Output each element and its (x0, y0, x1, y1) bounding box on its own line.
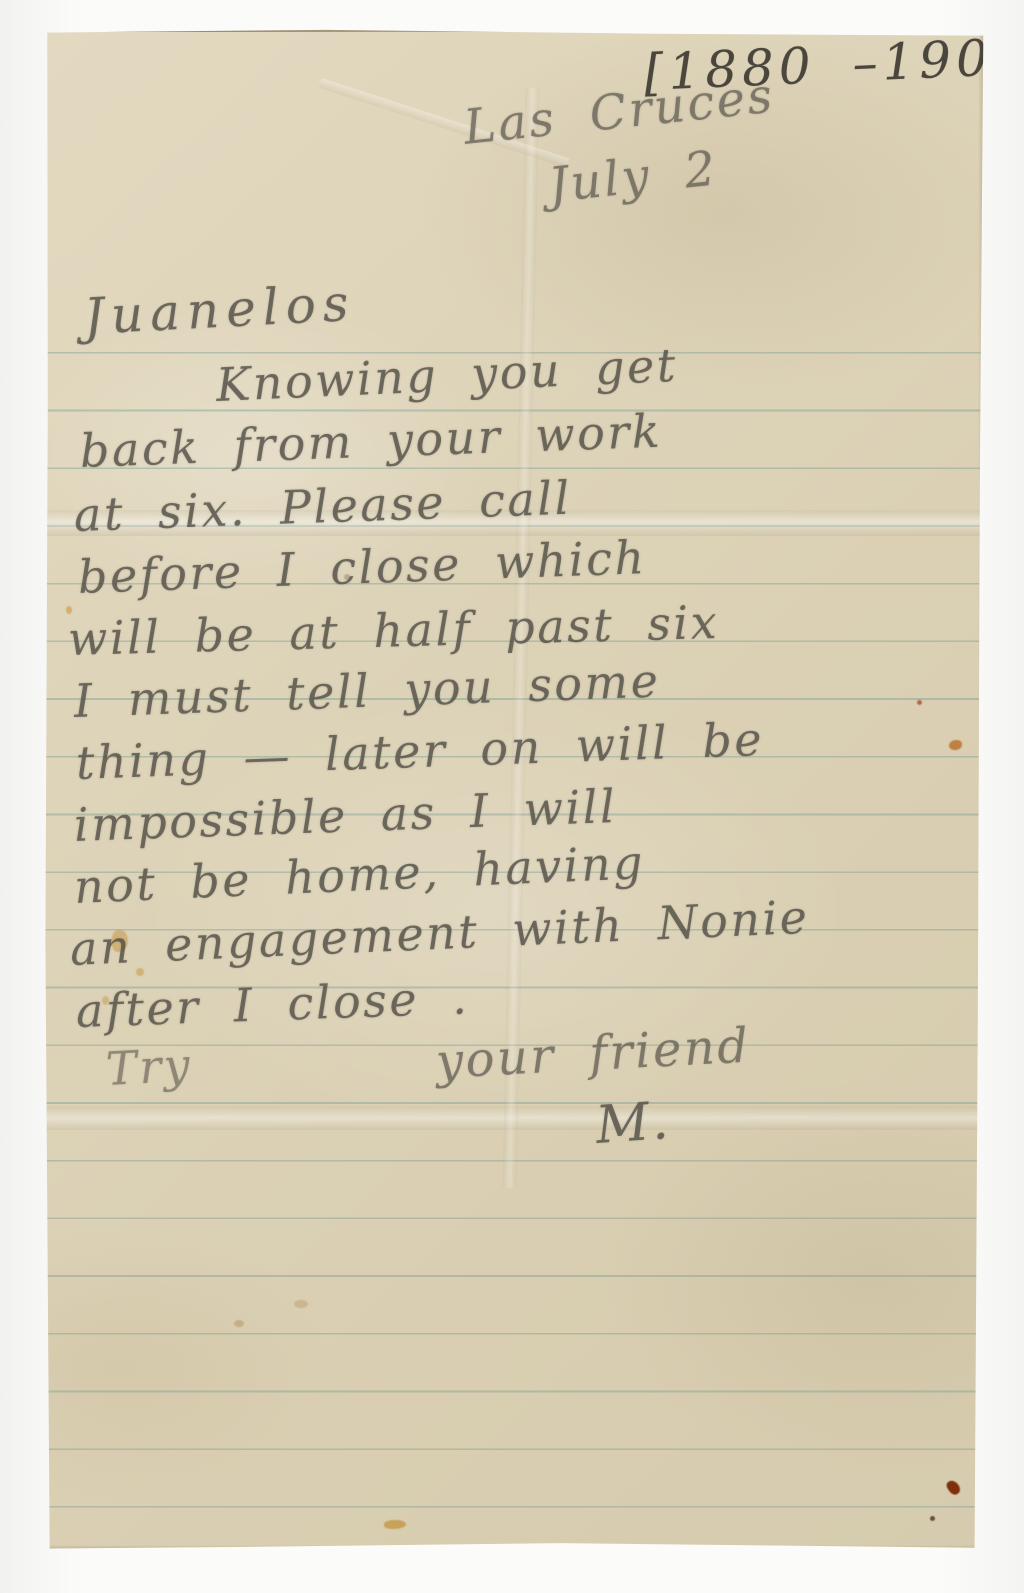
letter-signature: M. (594, 1091, 673, 1156)
dark-speck (930, 1516, 935, 1521)
scanned-letter-page: [1880 –1900] Las Cruces July 2 Juanelos … (0, 0, 1024, 1593)
faint-smudge (294, 1300, 308, 1308)
letter-place: Las Cruces (461, 68, 777, 156)
letter-paper-sheet: [1880 –1900] Las Cruces July 2 Juanelos … (44, 28, 984, 1550)
paper-top-edge (44, 28, 984, 32)
letter-salutation: Juanelos (82, 274, 356, 346)
letter-date: July 2 (546, 140, 720, 213)
closing-prefix: Try (105, 1038, 194, 1096)
paper-right-edge (978, 28, 984, 1550)
faint-smudge (234, 1320, 244, 1327)
red-speck (917, 700, 922, 705)
